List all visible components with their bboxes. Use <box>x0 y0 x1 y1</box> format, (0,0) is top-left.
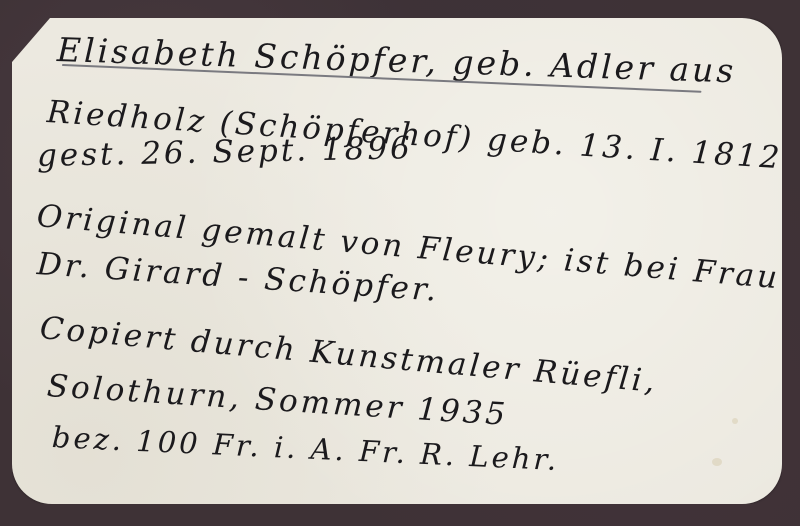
card-line-death: gest. 26. Sept. 1896 <box>37 130 414 174</box>
paper-stain <box>712 458 722 466</box>
card-content: Elisabeth Schöpfer, geb. Adler aus Riedh… <box>12 18 782 504</box>
paper-stain <box>732 418 738 424</box>
handwritten-card: Elisabeth Schöpfer, geb. Adler aus Riedh… <box>12 18 782 504</box>
card-line-name: Elisabeth Schöpfer, geb. Adler aus <box>56 30 736 90</box>
